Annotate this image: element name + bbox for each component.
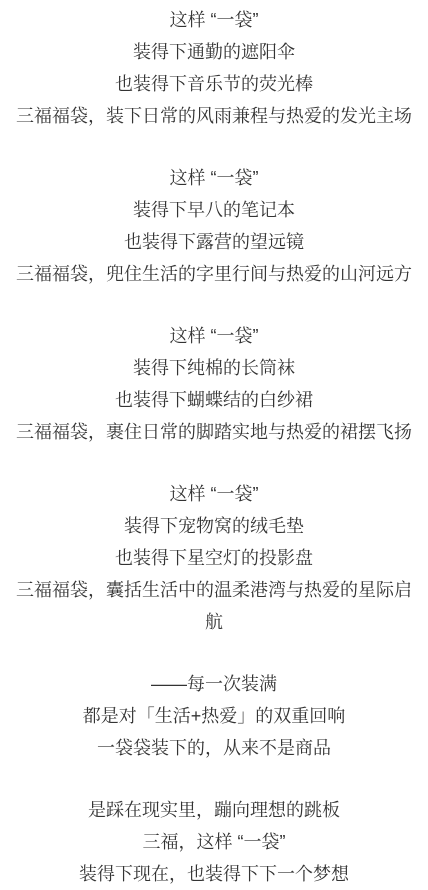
poem-line: 三福福袋，裹住日常的脚踏实地与热爱的裙摆飞扬 [8,416,420,448]
poem-line: 装得下现在，也装得下下一个梦想 [8,858,420,890]
poem-line: 装得下宠物窝的绒毛垫 [8,510,420,542]
poem-line: 也装得下音乐节的荧光棒 [8,68,420,100]
article-page: 这样 “一袋” 装得下通勤的遮阳伞 也装得下音乐节的荧光棒 三福福袋，装下日常的… [0,0,428,890]
poem-line: 都是对「生活+热爱」的双重回响 [8,700,420,732]
stanza-3: 这样 “一袋” 装得下纯棉的长筒袜 也装得下蝴蝶结的白纱裙 三福福袋，裹住日常的… [8,320,420,448]
stanza-2: 这样 “一袋” 装得下早八的笔记本 也装得下露营的望远镜 三福福袋，兜住生活的字… [8,162,420,290]
poem-line: 三福福袋，囊括生活中的温柔港湾与热爱的星际启航 [8,574,420,638]
poem-line: ——每一次装满 [8,668,420,700]
poem-line: 三福福袋，兜住生活的字里行间与热爱的山河远方 [8,258,420,290]
poem-line: 这样 “一袋” [8,478,420,510]
poem-line: 这样 “一袋” [8,4,420,36]
stanza-1: 这样 “一袋” 装得下通勤的遮阳伞 也装得下音乐节的荧光棒 三福福袋，装下日常的… [8,4,420,132]
stanza-6: 是踩在现实里，蹦向理想的跳板 三福，这样 “一袋” 装得下现在，也装得下下一个梦… [8,794,420,890]
poem-line: 也装得下星空灯的投影盘 [8,542,420,574]
stanza-4: 这样 “一袋” 装得下宠物窝的绒毛垫 也装得下星空灯的投影盘 三福福袋，囊括生活… [8,478,420,638]
poem-line: 装得下通勤的遮阳伞 [8,36,420,68]
poem-line: 三福，这样 “一袋” [8,826,420,858]
poem-line: 这样 “一袋” [8,162,420,194]
poem-line: 装得下早八的笔记本 [8,194,420,226]
poem-line: 是踩在现实里，蹦向理想的跳板 [8,794,420,826]
poem-line: 这样 “一袋” [8,320,420,352]
poem-line: 装得下纯棉的长筒袜 [8,352,420,384]
poem-line: 也装得下蝴蝶结的白纱裙 [8,384,420,416]
stanza-5: ——每一次装满 都是对「生活+热爱」的双重回响 一袋袋装下的，从来不是商品 [8,668,420,764]
poem-line: 三福福袋，装下日常的风雨兼程与热爱的发光主场 [8,100,420,132]
poem-line: 也装得下露营的望远镜 [8,226,420,258]
poem-line: 一袋袋装下的，从来不是商品 [8,732,420,764]
